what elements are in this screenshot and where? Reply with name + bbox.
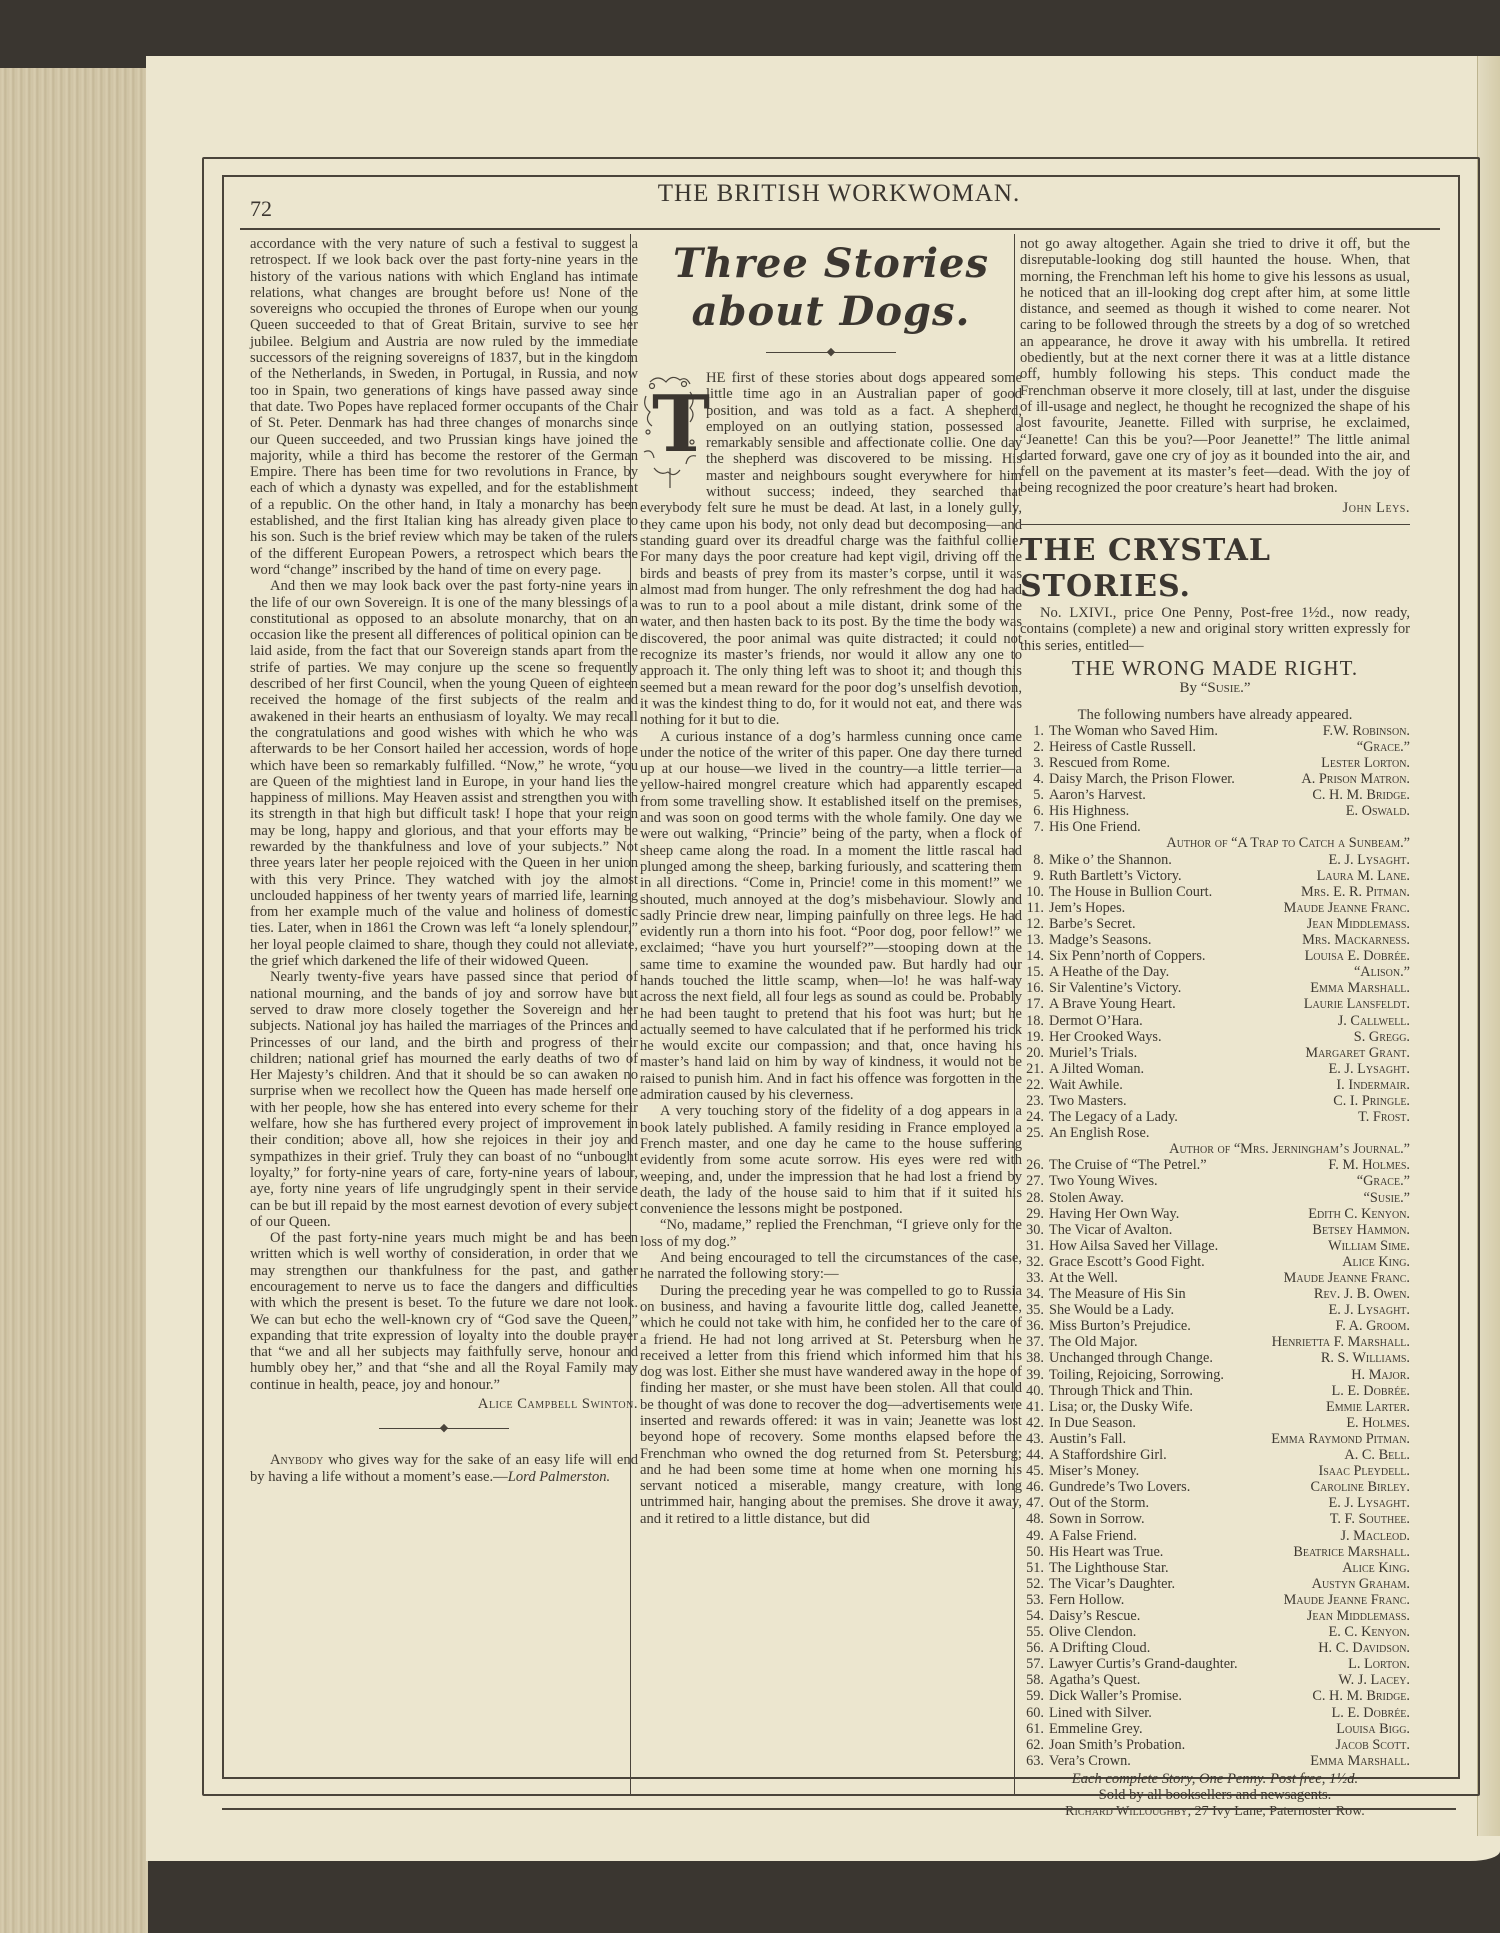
story-author: Emma Raymond Pitman. — [1271, 1431, 1410, 1447]
list-item: 27.Two Young Wives.“Grace.” — [1020, 1173, 1410, 1189]
story-author: Alice King. — [1342, 1254, 1410, 1270]
story-author: F. A. Groom. — [1335, 1318, 1410, 1334]
list-item: 42.In Due Season.E. Holmes. — [1020, 1415, 1410, 1431]
list-item: 8.Mike o’ the Shannon.E. J. Lysaght. — [1020, 852, 1410, 868]
story-author: Maude Jeanne Franc. — [1284, 900, 1410, 916]
list-item: 59.Dick Waller’s Promise.C. H. M. Bridge… — [1020, 1688, 1410, 1704]
story-num: 24. — [1020, 1109, 1044, 1125]
story-title: The Cruise of “The Petrel.” — [1049, 1157, 1328, 1173]
story-author: J. Callwell. — [1338, 1013, 1410, 1029]
featured-story-author: By “Susie.” — [1020, 680, 1410, 696]
list-item: 57.Lawyer Curtis’s Grand-daughter.L. Lor… — [1020, 1656, 1410, 1672]
story-author: William Sime. — [1328, 1238, 1410, 1254]
story-author: L. E. Dobrée. — [1332, 1705, 1410, 1721]
story-author: Jacob Scott. — [1335, 1737, 1410, 1753]
advert-intro: No. LXIVI., price One Penny, Post-free 1… — [1020, 605, 1410, 654]
story-num: 19. — [1020, 1029, 1044, 1045]
list-item: 36.Miss Burton’s Prejudice.F. A. Groom. — [1020, 1318, 1410, 1334]
sold-by-note: Sold by all booksellers and newsagents. — [1020, 1787, 1410, 1803]
story-num: 43. — [1020, 1431, 1044, 1447]
story-title: Heiress of Castle Russell. — [1049, 739, 1357, 755]
quote-lead: Anybody — [270, 1452, 323, 1468]
story-author: H. Major. — [1351, 1367, 1410, 1383]
list-item: 1.The Woman who Saved Him.F.W. Robinson. — [1020, 723, 1410, 739]
story-author: I. Indermair. — [1336, 1077, 1410, 1093]
story-num: 16. — [1020, 980, 1044, 996]
list-item: 11.Jem’s Hopes.Maude Jeanne Franc. — [1020, 900, 1410, 916]
story-author: F.W. Robinson. — [1323, 723, 1410, 739]
list-item: 2.Heiress of Castle Russell.“Grace.” — [1020, 739, 1410, 755]
list-item: 9.Ruth Bartlett’s Victory.Laura M. Lane. — [1020, 868, 1410, 884]
story-title: Lisa; or, the Dusky Wife. — [1049, 1399, 1326, 1415]
list-item: 30.The Vicar of Avalton.Betsey Hammon. — [1020, 1222, 1410, 1238]
story-num: 63. — [1020, 1753, 1044, 1769]
story-num: 58. — [1020, 1672, 1044, 1688]
author-signature: John Leys. — [1020, 500, 1410, 516]
story-title: A False Friend. — [1049, 1528, 1340, 1544]
paragraph: not go away altogether. Again she tried … — [1020, 236, 1410, 497]
story-title: Fern Hollow. — [1049, 1592, 1284, 1608]
list-item: 40.Through Thick and Thin.L. E. Dobrée. — [1020, 1383, 1410, 1399]
story-author: Mrs. E. R. Pitman. — [1301, 884, 1410, 900]
list-item: 38.Unchanged through Change.R. S. Willia… — [1020, 1350, 1410, 1366]
advert-title: THE CRYSTAL STORIES. — [1020, 533, 1410, 605]
list-item: 44.A Staffordshire Girl.A. C. Bell. — [1020, 1447, 1410, 1463]
list-item: 33.At the Well.Maude Jeanne Franc. — [1020, 1270, 1410, 1286]
story-author: C. H. M. Bridge. — [1312, 1688, 1410, 1704]
list-item: 10.The House in Bullion Court.Mrs. E. R.… — [1020, 884, 1410, 900]
story-title: A Staffordshire Girl. — [1049, 1447, 1344, 1463]
list-item: 24.The Legacy of a Lady.T. Frost. — [1020, 1109, 1410, 1125]
story-title: Emmeline Grey. — [1049, 1721, 1336, 1737]
story-num: 28. — [1020, 1190, 1044, 1206]
story-author: E. Holmes. — [1346, 1415, 1410, 1431]
story-title: Olive Clendon. — [1049, 1624, 1329, 1640]
story-title: The Vicar’s Daughter. — [1049, 1576, 1312, 1592]
story-author: A. Prison Matron. — [1301, 771, 1410, 787]
story-num: 21. — [1020, 1061, 1044, 1077]
story-title: Having Her Own Way. — [1049, 1206, 1308, 1222]
story-title: Toiling, Rejoicing, Sorrowing. — [1049, 1367, 1351, 1383]
ornament-divider — [766, 348, 896, 358]
list-item: 43.Austin’s Fall.Emma Raymond Pitman. — [1020, 1431, 1410, 1447]
story-num: 41. — [1020, 1399, 1044, 1415]
story-author: Margaret Grant. — [1305, 1045, 1410, 1061]
paragraph: And being encouraged to tell the circums… — [640, 1250, 1022, 1283]
story-author: Laurie Lansfeldt. — [1304, 996, 1410, 1012]
story-num: 60. — [1020, 1705, 1044, 1721]
story-author: Caroline Birley. — [1310, 1479, 1410, 1495]
story-title: Two Young Wives. — [1049, 1173, 1357, 1189]
story-title: The House in Bullion Court. — [1049, 884, 1301, 900]
story-author: L. Lorton. — [1348, 1656, 1410, 1672]
column-dog-stories: Three Stories about Dogs. T HE first of … — [640, 236, 1022, 1527]
story-title: Austin’s Fall. — [1049, 1431, 1271, 1447]
story-author: Emma Marshall. — [1310, 980, 1410, 996]
list-item: 54.Daisy’s Rescue.Jean Middlemass. — [1020, 1608, 1410, 1624]
story-num: 11. — [1020, 900, 1044, 916]
story-author: Mrs. Mackarness. — [1302, 932, 1410, 948]
story-num: 25. — [1020, 1125, 1044, 1141]
story-num: 10. — [1020, 884, 1044, 900]
decorated-drop-cap: T — [640, 372, 700, 490]
story-title: Agatha’s Quest. — [1049, 1672, 1338, 1688]
list-item: 50.His Heart was True.Beatrice Marshall. — [1020, 1544, 1410, 1560]
list-item-author-note: Author of “A Trap to Catch a Sunbeam.” — [1020, 835, 1410, 851]
list-item: 4.Daisy March, the Prison Flower.A. Pris… — [1020, 771, 1410, 787]
list-item: 31.How Ailsa Saved her Village.William S… — [1020, 1238, 1410, 1254]
story-num: 18. — [1020, 1013, 1044, 1029]
story-title: Stolen Away. — [1049, 1190, 1364, 1206]
story-author: Louisa E. Dobrée. — [1305, 948, 1410, 964]
bottom-rule — [222, 1808, 1456, 1810]
list-item: 13.Madge’s Seasons.Mrs. Mackarness. — [1020, 932, 1410, 948]
story-num: 47. — [1020, 1495, 1044, 1511]
story-num: 7. — [1020, 819, 1044, 835]
story-num: 29. — [1020, 1206, 1044, 1222]
story-num: 36. — [1020, 1318, 1044, 1334]
story-title: A Heathe of the Day. — [1049, 964, 1354, 980]
story-num: 13. — [1020, 932, 1044, 948]
page-right-edge — [1477, 56, 1500, 1836]
story-num: 3. — [1020, 755, 1044, 771]
story-num: 44. — [1020, 1447, 1044, 1463]
story-title: The Measure of His Sin — [1049, 1286, 1314, 1302]
list-intro: The following numbers have already appea… — [1020, 707, 1410, 723]
list-item: 3.Rescued from Rome.Lester Lorton. — [1020, 755, 1410, 771]
list-item: 16.Sir Valentine’s Victory.Emma Marshall… — [1020, 980, 1410, 996]
story-author: Alice King. — [1342, 1560, 1410, 1576]
story-num: 22. — [1020, 1077, 1044, 1093]
story-num: 15. — [1020, 964, 1044, 980]
story-title: In Due Season. — [1049, 1415, 1346, 1431]
story-author: E. J. Lysaght. — [1329, 1302, 1410, 1318]
list-item: 34.The Measure of His SinRev. J. B. Owen… — [1020, 1286, 1410, 1302]
list-item: 15.A Heathe of the Day.“Alison.” — [1020, 964, 1410, 980]
crystal-stories-advert: THE CRYSTAL STORIES. No. LXIVI., price O… — [1020, 533, 1410, 1820]
story-title: Lawyer Curtis’s Grand-daughter. — [1049, 1656, 1348, 1672]
story-author: Henrietta F. Marshall. — [1272, 1334, 1410, 1350]
header-rule — [240, 228, 1440, 230]
list-item: 55.Olive Clendon.E. C. Kenyon. — [1020, 1624, 1410, 1640]
story-author: “Grace.” — [1357, 739, 1410, 755]
story-title: Mike o’ the Shannon. — [1049, 852, 1329, 868]
story-num: 37. — [1020, 1334, 1044, 1350]
quote-attribution: Lord Palmerston. — [508, 1469, 610, 1485]
story-title: Dick Waller’s Promise. — [1049, 1688, 1312, 1704]
list-item: 29.Having Her Own Way.Edith C. Kenyon. — [1020, 1206, 1410, 1222]
story-author: W. J. Lacey. — [1338, 1672, 1410, 1688]
list-item: 7.His One Friend. — [1020, 819, 1410, 835]
column-jubilee-article: accordance with the very nature of such … — [250, 236, 638, 1485]
story-num: 49. — [1020, 1528, 1044, 1544]
story-num: 42. — [1020, 1415, 1044, 1431]
list-item: 28.Stolen Away.“Susie.” — [1020, 1190, 1410, 1206]
ornament-divider — [379, 1424, 509, 1434]
story-author: R. S. Williams. — [1321, 1350, 1410, 1366]
story-title: Muriel’s Trials. — [1049, 1045, 1305, 1061]
story-title: Gundrede’s Two Lovers. — [1049, 1479, 1310, 1495]
list-item: 32.Grace Escott’s Good Fight.Alice King. — [1020, 1254, 1410, 1270]
story-num: 54. — [1020, 1608, 1044, 1624]
story-num: 38. — [1020, 1350, 1044, 1366]
story-num: 27. — [1020, 1173, 1044, 1189]
story-title: Six Penn’north of Coppers. — [1049, 948, 1305, 964]
list-item: 52.The Vicar’s Daughter.Austyn Graham. — [1020, 1576, 1410, 1592]
story-num: 1. — [1020, 723, 1044, 739]
list-item: 58.Agatha’s Quest.W. J. Lacey. — [1020, 1672, 1410, 1688]
story-title: She Would be a Lady. — [1049, 1302, 1329, 1318]
story-author: “Alison.” — [1354, 964, 1410, 980]
story-num: 4. — [1020, 771, 1044, 787]
masthead-title: THE BRITISH WORKWOMAN. — [222, 180, 1456, 208]
story-author: L. E. Dobrée. — [1332, 1383, 1410, 1399]
story-title: Vera’s Crown. — [1049, 1753, 1310, 1769]
list-item: 19.Her Crooked Ways.S. Gregg. — [1020, 1029, 1410, 1045]
story-author: C. H. M. Bridge. — [1312, 787, 1410, 803]
list-item: 48.Sown in Sorrow.T. F. Southee. — [1020, 1511, 1410, 1527]
story-num: 20. — [1020, 1045, 1044, 1061]
story-author: Beatrice Marshall. — [1293, 1544, 1410, 1560]
story-author: Maude Jeanne Franc. — [1284, 1270, 1410, 1286]
story-num: 40. — [1020, 1383, 1044, 1399]
list-item: 37.The Old Major.Henrietta F. Marshall. — [1020, 1334, 1410, 1350]
story-title: Her Crooked Ways. — [1049, 1029, 1354, 1045]
list-item: 20.Muriel’s Trials.Margaret Grant. — [1020, 1045, 1410, 1061]
story-title: The Old Major. — [1049, 1334, 1272, 1350]
story-title: Daisy’s Rescue. — [1049, 1608, 1307, 1624]
story-num: 57. — [1020, 1656, 1044, 1672]
story-num: 62. — [1020, 1737, 1044, 1753]
drop-cap-letter: T — [652, 386, 710, 464]
list-item: 21.A Jilted Woman.E. J. Lysaght. — [1020, 1061, 1410, 1077]
author-note: Author of “A Trap to Catch a Sunbeam.” — [1166, 835, 1410, 851]
story-title: Sown in Sorrow. — [1049, 1511, 1330, 1527]
story-title: Miss Burton’s Prejudice. — [1049, 1318, 1335, 1334]
story-num: 48. — [1020, 1511, 1044, 1527]
story-num: 26. — [1020, 1157, 1044, 1173]
list-item: 53.Fern Hollow.Maude Jeanne Franc. — [1020, 1592, 1410, 1608]
story-author: E. Oswald. — [1346, 803, 1410, 819]
price-note: Each complete Story, One Penny. Post fre… — [1020, 1771, 1410, 1787]
list-item: 22.Wait Awhile.I. Indermair. — [1020, 1077, 1410, 1093]
paragraph: And then we may look back over the past … — [250, 578, 638, 969]
author-note: Author of “Mrs. Jerningham’s Journal.” — [1169, 1141, 1410, 1157]
story-author: E. J. Lysaght. — [1329, 1495, 1410, 1511]
paragraph: During the preceding year he was compell… — [640, 1283, 1022, 1527]
story-num: 12. — [1020, 916, 1044, 932]
list-item: 12.Barbe’s Secret.Jean Middlemass. — [1020, 916, 1410, 932]
story-author: F. M. Holmes. — [1328, 1157, 1410, 1173]
list-item: 35.She Would be a Lady.E. J. Lysaght. — [1020, 1302, 1410, 1318]
story-num: 61. — [1020, 1721, 1044, 1737]
story-num: 23. — [1020, 1093, 1044, 1109]
story-title: At the Well. — [1049, 1270, 1284, 1286]
story-num: 6. — [1020, 803, 1044, 819]
story-num: 59. — [1020, 1688, 1044, 1704]
story-title: The Legacy of a Lady. — [1049, 1109, 1358, 1125]
list-item: 56.A Drifting Cloud.H. C. Davidson. — [1020, 1640, 1410, 1656]
list-item-author-note: Author of “Mrs. Jerningham’s Journal.” — [1020, 1141, 1410, 1157]
story-title: Rescued from Rome. — [1049, 755, 1321, 771]
paragraph: A curious instance of a dog’s harmless c… — [640, 729, 1022, 1104]
story-num: 46. — [1020, 1479, 1044, 1495]
author-signature: Alice Campbell Swinton. — [250, 1396, 638, 1412]
story-author: H. C. Davidson. — [1318, 1640, 1410, 1656]
story-list: 1.The Woman who Saved Him.F.W. Robinson.… — [1020, 723, 1410, 1769]
story-title: Lined with Silver. — [1049, 1705, 1332, 1721]
story-author: C. I. Pringle. — [1333, 1093, 1410, 1109]
story-author: Austyn Graham. — [1312, 1576, 1410, 1592]
list-item: 14.Six Penn’north of Coppers.Louisa E. D… — [1020, 948, 1410, 964]
story-num: 31. — [1020, 1238, 1044, 1254]
story-author: Edith C. Kenyon. — [1308, 1206, 1410, 1222]
story-title: Out of the Storm. — [1049, 1495, 1329, 1511]
list-item: 61.Emmeline Grey.Louisa Bigg. — [1020, 1721, 1410, 1737]
story-num: 52. — [1020, 1576, 1044, 1592]
story-author: S. Gregg. — [1354, 1029, 1410, 1045]
column-continuation-and-advert: not go away altogether. Again she tried … — [1020, 236, 1410, 1820]
story-title: Miser’s Money. — [1049, 1463, 1318, 1479]
story-title: A Jilted Woman. — [1049, 1061, 1329, 1077]
story-num: 5. — [1020, 787, 1044, 803]
story-num: 2. — [1020, 739, 1044, 755]
list-item: 39.Toiling, Rejoicing, Sorrowing.H. Majo… — [1020, 1367, 1410, 1383]
list-item: 49.A False Friend.J. Macleod. — [1020, 1528, 1410, 1544]
story-author: T. F. Southee. — [1330, 1511, 1410, 1527]
paragraph: Of the past forty-nine years much might … — [250, 1230, 638, 1393]
story-author: J. Macleod. — [1340, 1528, 1410, 1544]
story-num: 14. — [1020, 948, 1044, 964]
list-item: 41.Lisa; or, the Dusky Wife.Emmie Larter… — [1020, 1399, 1410, 1415]
list-item: 5.Aaron’s Harvest.C. H. M. Bridge. — [1020, 787, 1410, 803]
story-title: The Vicar of Avalton. — [1049, 1222, 1312, 1238]
story-author: E. J. Lysaght. — [1329, 852, 1410, 868]
paragraph: accordance with the very nature of such … — [250, 236, 638, 578]
story-title: Aaron’s Harvest. — [1049, 787, 1312, 803]
story-title: His One Friend. — [1049, 819, 1410, 835]
paragraph: A very touching story of the fidelity of… — [640, 1103, 1022, 1217]
story-num: 33. — [1020, 1270, 1044, 1286]
story-author: Emma Marshall. — [1310, 1753, 1410, 1769]
story-title: Barbe’s Secret. — [1049, 916, 1307, 932]
story-num: 45. — [1020, 1463, 1044, 1479]
story-num: 32. — [1020, 1254, 1044, 1270]
publisher-line: Richard Willoughby, 27 Ivy Lane, Paterno… — [1020, 1804, 1410, 1820]
story-title: A Drifting Cloud. — [1049, 1640, 1318, 1656]
story-title: Through Thick and Thin. — [1049, 1383, 1332, 1399]
story-title: Jem’s Hopes. — [1049, 900, 1284, 916]
story-author: Laura M. Lane. — [1317, 868, 1410, 884]
running-head: 72 THE BRITISH WORKWOMAN. — [222, 178, 1456, 228]
story-title: An English Rose. — [1049, 1125, 1410, 1141]
story-title: His Highness. — [1049, 803, 1346, 819]
story-author: Maude Jeanne Franc. — [1284, 1592, 1410, 1608]
story-num: 34. — [1020, 1286, 1044, 1302]
story-num: 56. — [1020, 1640, 1044, 1656]
list-item: 18.Dermot O’Hara.J. Callwell. — [1020, 1013, 1410, 1029]
story-title: The Lighthouse Star. — [1049, 1560, 1342, 1576]
story-title: Two Masters. — [1049, 1093, 1333, 1109]
story-num: 8. — [1020, 852, 1044, 868]
story-num: 9. — [1020, 868, 1044, 884]
story-num: 53. — [1020, 1592, 1044, 1608]
story-title: Wait Awhile. — [1049, 1077, 1336, 1093]
story-title: Grace Escott’s Good Fight. — [1049, 1254, 1342, 1270]
story-author: “Susie.” — [1364, 1190, 1410, 1206]
list-item: 47.Out of the Storm.E. J. Lysaght. — [1020, 1495, 1410, 1511]
article-title: Three Stories about Dogs. — [640, 240, 1022, 336]
quote-block: Anybody who gives way for the sake of an… — [250, 1452, 638, 1485]
story-author: Rev. J. B. Owen. — [1314, 1286, 1410, 1302]
story-title: Madge’s Seasons. — [1049, 932, 1302, 948]
story-author: E. C. Kenyon. — [1329, 1624, 1410, 1640]
story-author: Betsey Hammon. — [1312, 1222, 1410, 1238]
list-item: 25.An English Rose. — [1020, 1125, 1410, 1141]
story-num: 55. — [1020, 1624, 1044, 1640]
story-author: Louisa Bigg. — [1336, 1721, 1410, 1737]
story-title: Daisy March, the Prison Flower. — [1049, 771, 1301, 787]
story-author: A. C. Bell. — [1344, 1447, 1410, 1463]
story-author: “Grace.” — [1357, 1173, 1410, 1189]
story-author: Emmie Larter. — [1326, 1399, 1410, 1415]
story-title: Joan Smith’s Probation. — [1049, 1737, 1335, 1753]
list-item: 51.The Lighthouse Star.Alice King. — [1020, 1560, 1410, 1576]
paragraph: “No, madame,” replied the Frenchman, “I … — [640, 1217, 1022, 1250]
featured-story-title: THE WRONG MADE RIGHT. — [1020, 660, 1410, 676]
story-title: How Ailsa Saved her Village. — [1049, 1238, 1328, 1254]
story-title: Ruth Bartlett’s Victory. — [1049, 868, 1317, 884]
story-num: 30. — [1020, 1222, 1044, 1238]
list-item: 6.His Highness.E. Oswald. — [1020, 803, 1410, 819]
story-title: Unchanged through Change. — [1049, 1350, 1321, 1366]
list-item: 63.Vera’s Crown.Emma Marshall. — [1020, 1753, 1410, 1769]
story-title: A Brave Young Heart. — [1049, 996, 1304, 1012]
list-item: 60.Lined with Silver.L. E. Dobrée. — [1020, 1705, 1410, 1721]
story-author: Jean Middlemass. — [1307, 1608, 1410, 1624]
list-item: 17.A Brave Young Heart.Laurie Lansfeldt. — [1020, 996, 1410, 1012]
list-item: 23.Two Masters.C. I. Pringle. — [1020, 1093, 1410, 1109]
story-title: Sir Valentine’s Victory. — [1049, 980, 1310, 996]
story-num: 50. — [1020, 1544, 1044, 1560]
story-author: Isaac Pleydell. — [1318, 1463, 1410, 1479]
story-num: 51. — [1020, 1560, 1044, 1576]
list-item: 62.Joan Smith’s Probation.Jacob Scott. — [1020, 1737, 1410, 1753]
list-item: 45.Miser’s Money.Isaac Pleydell. — [1020, 1463, 1410, 1479]
story-num: 39. — [1020, 1367, 1044, 1383]
list-item: 26.The Cruise of “The Petrel.”F. M. Holm… — [1020, 1157, 1410, 1173]
book-page-edges — [0, 68, 148, 1933]
story-num: 17. — [1020, 996, 1044, 1012]
story-title: The Woman who Saved Him. — [1049, 723, 1323, 739]
list-item: 46.Gundrede’s Two Lovers.Caroline Birley… — [1020, 1479, 1410, 1495]
section-rule — [1020, 524, 1410, 525]
opening-paragraph-block: T HE first of these stories about dogs a… — [640, 370, 1022, 729]
story-author: E. J. Lysaght. — [1329, 1061, 1410, 1077]
story-num: 35. — [1020, 1302, 1044, 1318]
story-author: Lester Lorton. — [1321, 755, 1410, 771]
story-author: T. Frost. — [1358, 1109, 1410, 1125]
story-title: Dermot O’Hara. — [1049, 1013, 1338, 1029]
story-title: His Heart was True. — [1049, 1544, 1293, 1560]
paragraph: Nearly twenty-five years have passed sin… — [250, 969, 638, 1230]
story-author: Jean Middlemass. — [1307, 916, 1410, 932]
